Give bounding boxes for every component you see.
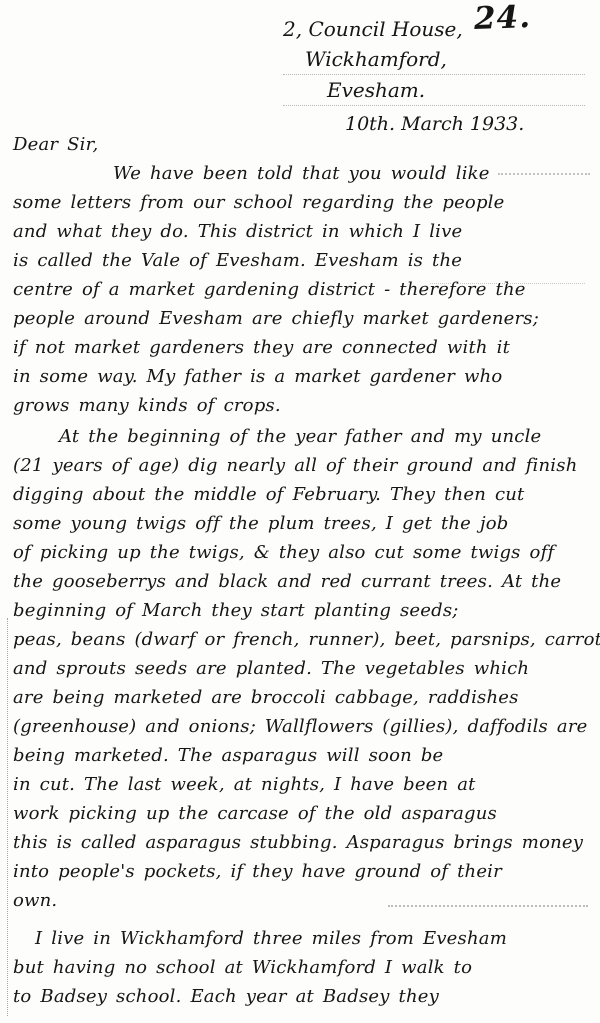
address-line-village: Wickhamford, bbox=[283, 44, 585, 75]
scan-artifact-streak bbox=[388, 905, 588, 907]
handwritten-line: grows many kinds of crops. bbox=[13, 391, 591, 420]
salutation: Dear Sir, bbox=[13, 130, 591, 159]
handwritten-line: the gooseberrys and black and red curran… bbox=[13, 567, 591, 596]
handwritten-line: own. bbox=[13, 886, 591, 915]
handwritten-line: in cut. The last week, at nights, I have… bbox=[13, 770, 591, 799]
handwritten-line: if not market gardeners they are connect… bbox=[13, 333, 591, 362]
paragraph-market-gardening: At the beginning of the year father and … bbox=[13, 422, 591, 915]
handwritten-line: is called the Vale of Evesham. Evesham i… bbox=[13, 246, 591, 275]
handwritten-line: I live in Wickhamford three miles from E… bbox=[13, 924, 591, 953]
handwritten-line: being marketed. The asparagus will soon … bbox=[13, 741, 591, 770]
handwritten-line: are being marketed are broccoli cabbage,… bbox=[13, 683, 591, 712]
handwritten-line: people around Evesham are chiefly market… bbox=[13, 304, 591, 333]
paragraph-school: I live in Wickhamford three miles from E… bbox=[13, 924, 591, 1011]
handwritten-line: peas, beans (dwarf or french, runner), b… bbox=[13, 625, 591, 654]
handwritten-line: of picking up the twigs, & they also cut… bbox=[13, 538, 591, 567]
handwritten-line: beginning of March they start planting s… bbox=[13, 596, 591, 625]
address-line-house: 2, Council House, bbox=[283, 14, 585, 44]
paragraph-introduction: We have been told that you would likesom… bbox=[13, 159, 591, 420]
handwritten-line: centre of a market gardening district - … bbox=[13, 275, 591, 304]
handwritten-line: some young twigs off the plum trees, I g… bbox=[13, 509, 591, 538]
handwritten-line: and what they do. This district in which… bbox=[13, 217, 591, 246]
handwritten-line: in some way. My father is a market garde… bbox=[13, 362, 591, 391]
handwritten-line: (21 years of age) dig nearly all of thei… bbox=[13, 451, 591, 480]
address-line-town: Evesham. bbox=[283, 75, 585, 106]
scan-artifact-streak bbox=[430, 283, 585, 284]
handwritten-line: digging about the middle of February. Th… bbox=[13, 480, 591, 509]
address-block: 2, Council House, Wickhamford, Evesham. … bbox=[283, 14, 585, 139]
handwritten-line: (greenhouse) and onions; Wallflowers (gi… bbox=[13, 712, 591, 741]
handwritten-line: At the beginning of the year father and … bbox=[13, 422, 591, 451]
scan-artifact-streak bbox=[498, 173, 590, 175]
letter-page: 24. 2, Council House, Wickhamford, Evesh… bbox=[0, 0, 600, 1023]
handwritten-line: into people's pockets, if they have grou… bbox=[13, 857, 591, 886]
handwritten-line: but having no school at Wickhamford I wa… bbox=[13, 953, 591, 982]
scan-artifact-margin-line bbox=[7, 618, 8, 1016]
handwritten-line: to Badsey school. Each year at Badsey th… bbox=[13, 982, 591, 1011]
handwritten-line: this is called asparagus stubbing. Aspar… bbox=[13, 828, 591, 857]
letter-body: Dear Sir, We have been told that you wou… bbox=[13, 130, 591, 1011]
handwritten-line: work picking up the carcase of the old a… bbox=[13, 799, 591, 828]
handwritten-line: some letters from our school regarding t… bbox=[13, 188, 591, 217]
handwritten-line: and sprouts seeds are planted. The veget… bbox=[13, 654, 591, 683]
